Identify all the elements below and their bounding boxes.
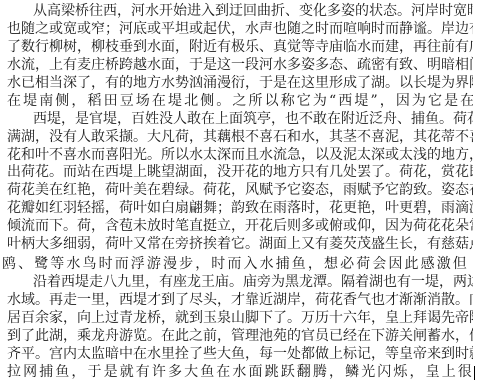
- paragraph-1-line-6: 在堤南侧，稻田豆场在堤北侧。之所以称它为“西堤”，因为它是在城西边。: [7, 92, 473, 110]
- paragraph-4-line-3: 居百余家，向上过青龙桥，就到玉泉山脚下了。万历十六年，皇上拜谒先帝陵墓回来，: [7, 309, 473, 327]
- paragraph-1-line-1: 从高梁桥往西，河水开始进入到迂回曲折、变化多姿的状态。河岸时宽时窄，河面: [33, 2, 473, 20]
- paragraph-4-line-5: 齐平。宫内太监暗中在水里拴了些大鱼，每一处都做上标记，等皇帝来到时就上奏请求: [7, 345, 473, 363]
- paragraph-2-line-4: 出荷花。而站在西堤上眺望湖面，没开花的地方只有几处罢了。荷花，赏花即是赏叶时，: [7, 163, 473, 181]
- paragraph-2-line-7: 倾流而下。荷，含苞未放时笔直挺立，开花后则多或俯或仰，因为荷花花朵常常略重，: [7, 217, 473, 235]
- document-page: 从高梁桥往西，河水开始进入到迂回曲折、变化多姿的状态。河岸时宽时窄，河面 也随之…: [0, 0, 477, 384]
- text-cursor: [474, 366, 475, 380]
- paragraph-2-line-1: 西堤，是官堤，百姓没人敢在上面筑亭，也不敢在附近泛舟、捕鱼。荷花年年盛开: [33, 110, 473, 128]
- paragraph-1-line-2: 也随之或宽或窄；河底或平坦或起伏，水声也随之时而喧响时而静谧。岸边有的地方种: [7, 20, 473, 38]
- paragraph-3-line-1: 鸥、鹭等水鸟时而浮游漫步，时而入水捕鱼，想必荷会因此感激但鱼却忧愁了吧。: [2, 255, 468, 273]
- paragraph-1-line-5: 水已相当深了，有的地方水势汹涌漫衍，于是在这里形成了湖。以长堤为界隔开，湖水: [7, 74, 473, 92]
- paragraph-4-line-2: 水域。再走一里，西堤才到了尽头，才靠近湖岸，荷花香气也才渐渐消散。向右看有村: [7, 291, 473, 309]
- paragraph-1-line-3: 了数行柳树，柳枝垂到水面，附近有极乐、真觉等寺庙临水而建，再往前有广源闸调节: [7, 38, 473, 56]
- paragraph-2-line-6: 花瓣如红羽轻摇，荷叶如白扇翩舞；韵致在雨落时，花更艳，叶更碧，雨滴溅落、聚合，: [7, 199, 473, 217]
- paragraph-1-line-4: 水流，上有麦庄桥跨越水面，于是这一段河水多姿多态、疏密有致、明暗相间。过了桥，: [7, 56, 473, 74]
- paragraph-2-line-5: 荷花美在红艳，荷叶美在碧绿。荷花，风赋予它姿态，雨赋予它韵致。姿态在风起时，: [7, 181, 473, 199]
- paragraph-4-line-6: 拉网捕鱼，于是就有许多大鱼在水面跳跃翻腾，鳞光闪烁，皇上很高兴。: [7, 363, 473, 381]
- paragraph-2-line-2: 满湖，没有人敢采撷。大凡荷，其藕根不喜石和水，其茎不喜泥，其花蒂不喜流水，其: [7, 128, 473, 146]
- paragraph-2-line-3: 花和叶不喜水而喜阳光。所以水太深而且水流急，以及泥太深或太浅的地方，都不能开: [7, 146, 473, 164]
- paragraph-4-line-1: 沿着西堤走八九里，有座龙王庙。庙旁为黑龙潭。隔着湖也有一堤，两边各有一块: [33, 273, 473, 291]
- paragraph-2-line-8: 叶柄大多细弱，荷叶又常在旁挤挨着它。湖面上又有菱芡茂盛生长，有慈菇点缀其间。: [7, 235, 473, 253]
- paragraph-4-line-4: 到了此湖，乘龙舟游览。在此之前，管理池苑的官员已经在下游关闸蓄水，使湖水与堤: [7, 327, 473, 345]
